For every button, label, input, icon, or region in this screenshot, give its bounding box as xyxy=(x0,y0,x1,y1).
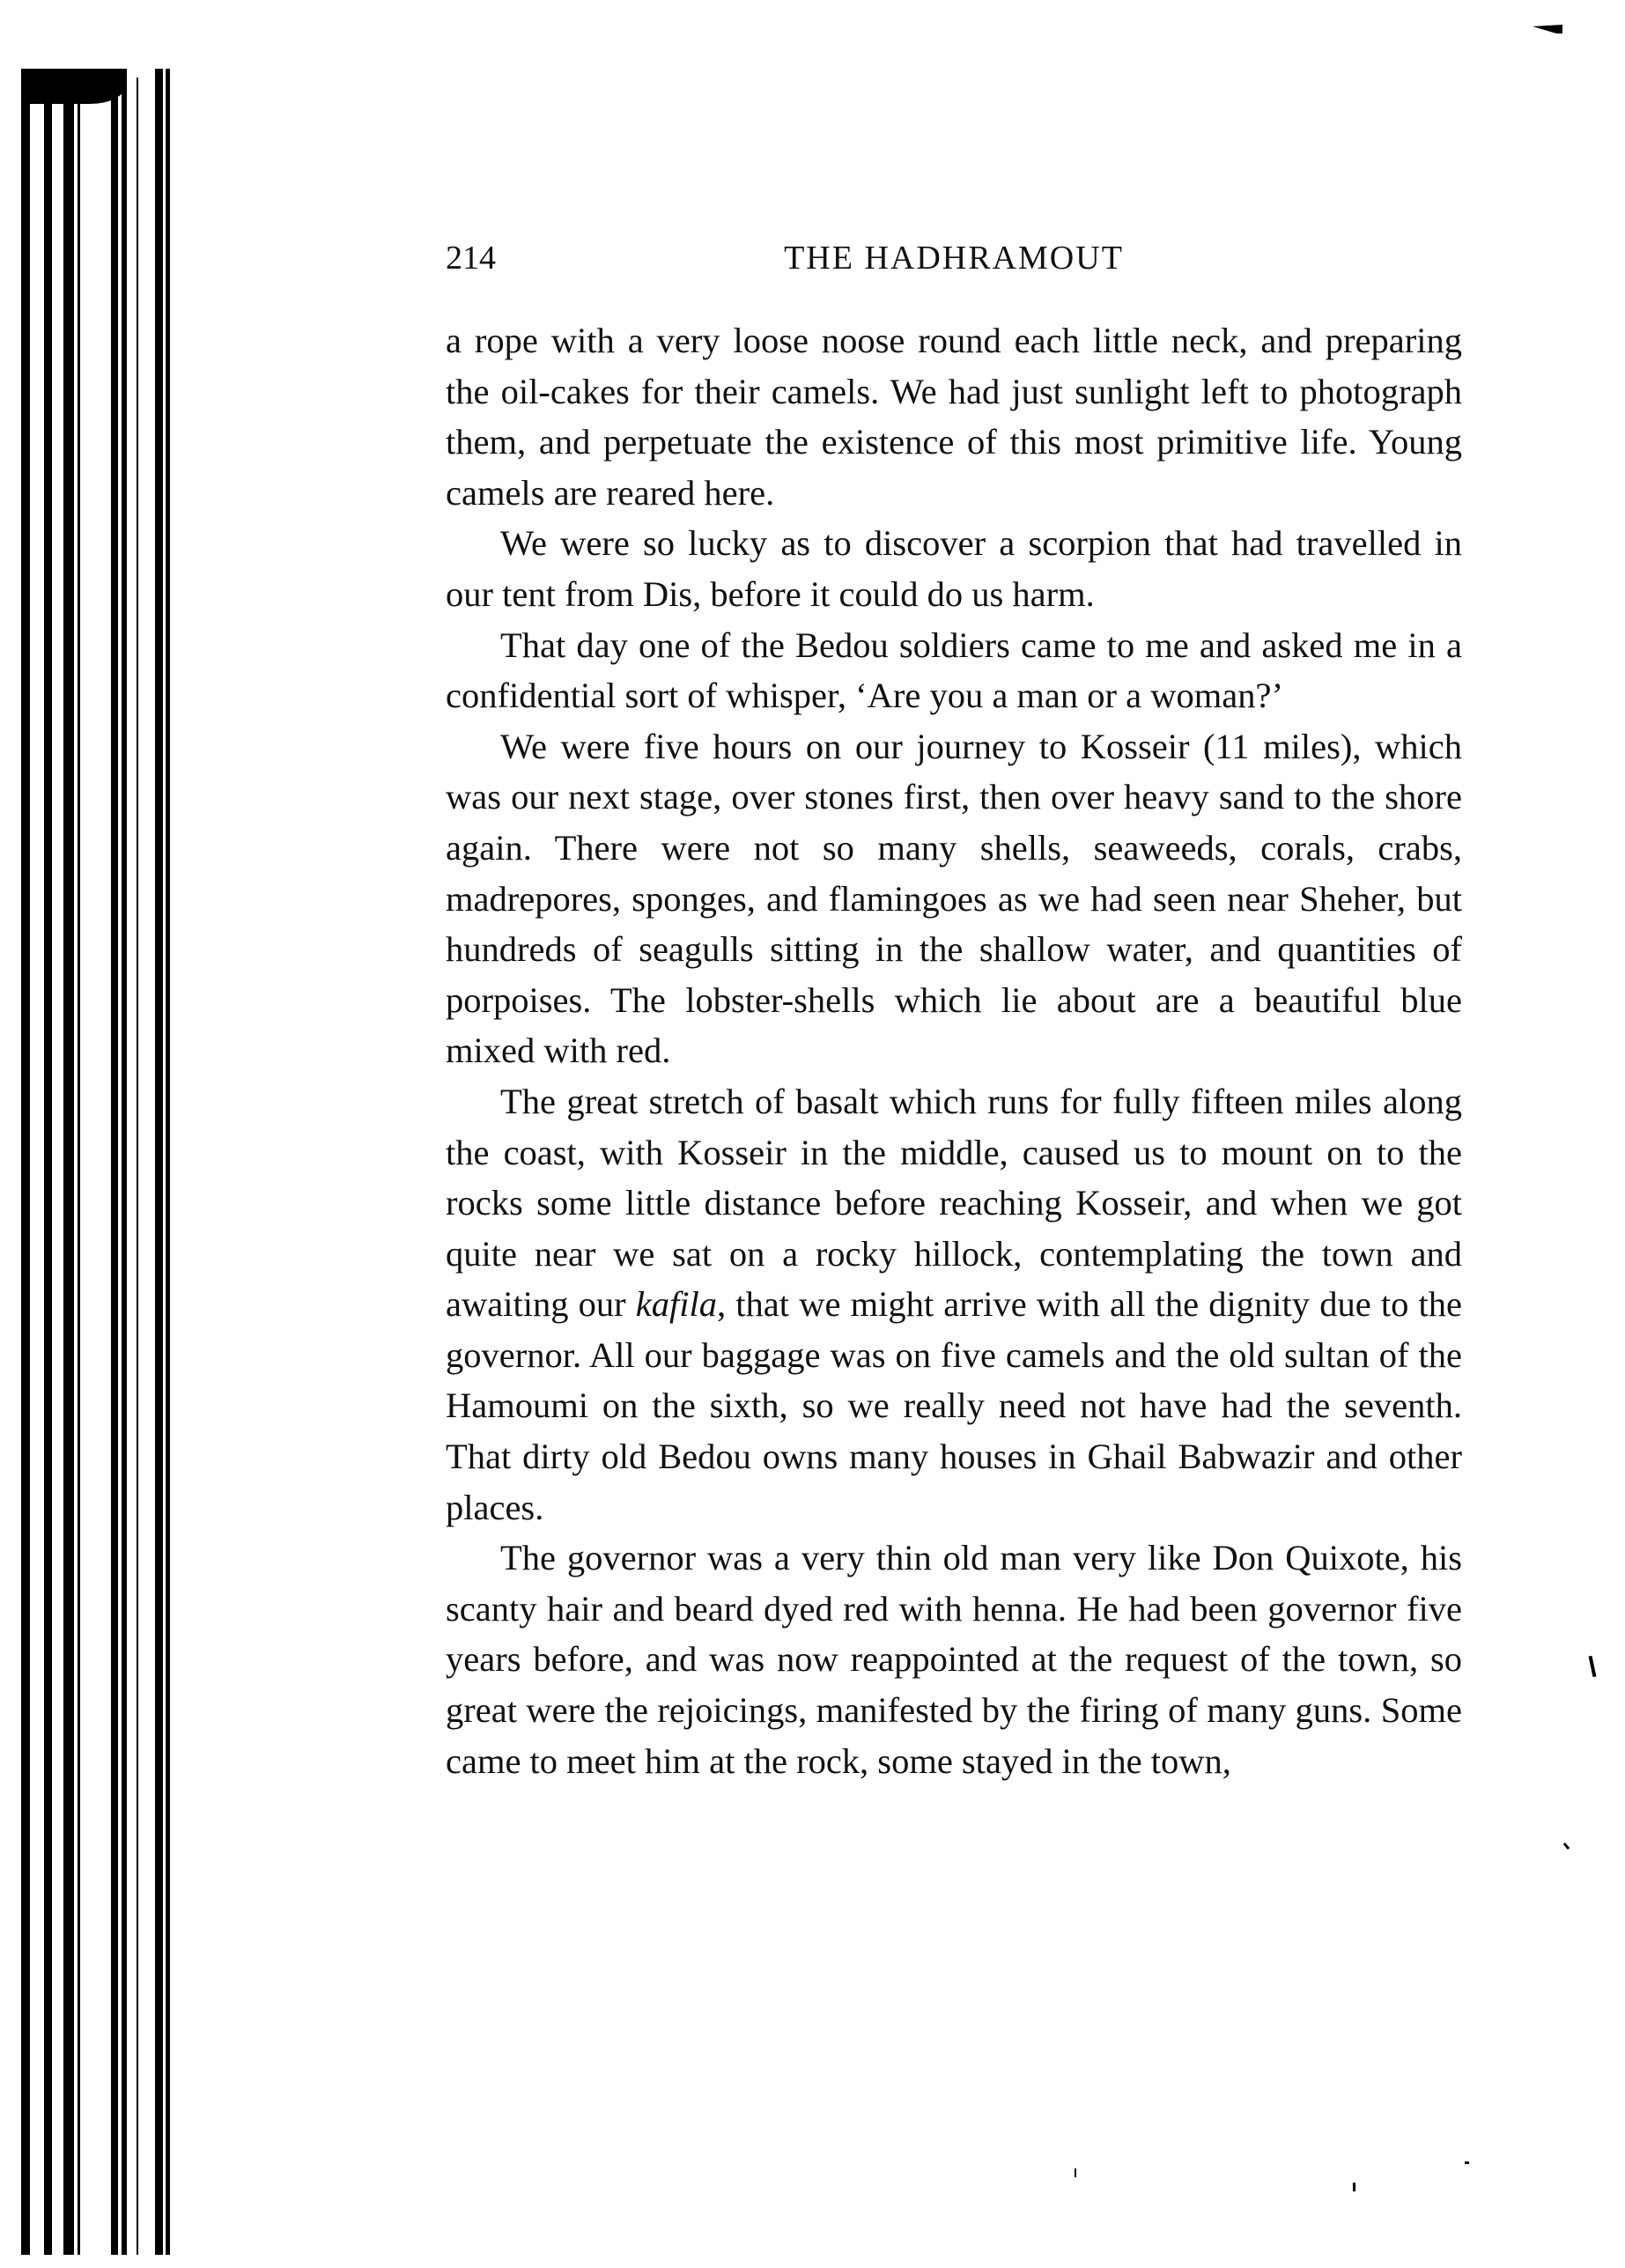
binding-stripe xyxy=(44,88,52,2255)
body-text: a rope with a very loose noose round eac… xyxy=(446,315,1462,1786)
paragraph: We were five hours on our journey to Kos… xyxy=(446,721,1462,1076)
scan-speck xyxy=(1589,1656,1597,1677)
binding-stripe xyxy=(166,69,170,2255)
binding-stripe xyxy=(137,78,138,2255)
paragraph: We were so lucky as to discover a scorpi… xyxy=(446,518,1462,619)
scan-speck xyxy=(1465,2161,1469,2164)
binding-stripe xyxy=(111,69,118,2255)
binding-stripe xyxy=(63,88,74,2255)
running-title: THE HADHRAMOUT xyxy=(446,236,1462,280)
scan-speck xyxy=(1075,2168,1076,2177)
book-binding-edge xyxy=(19,69,174,2255)
running-head: 214 THE HADHRAMOUT xyxy=(446,236,1462,280)
scan-corner-mark xyxy=(1533,25,1562,33)
scan-speck xyxy=(1563,1843,1570,1850)
paragraph: a rope with a very loose noose round eac… xyxy=(446,315,1462,518)
binding-stripe xyxy=(78,95,80,2255)
binding-stripe xyxy=(155,69,163,2255)
paragraph: The great stretch of basalt which runs f… xyxy=(446,1076,1462,1533)
binding-stripe xyxy=(122,69,127,2255)
scan-speck xyxy=(1353,2183,1355,2191)
italic-term: kafila xyxy=(636,1284,717,1324)
binding-stripe xyxy=(21,69,30,2255)
paragraph: That day one of the Bedou soldiers came … xyxy=(446,620,1462,721)
paragraph: The governor was a very thin old man ver… xyxy=(446,1533,1462,1786)
